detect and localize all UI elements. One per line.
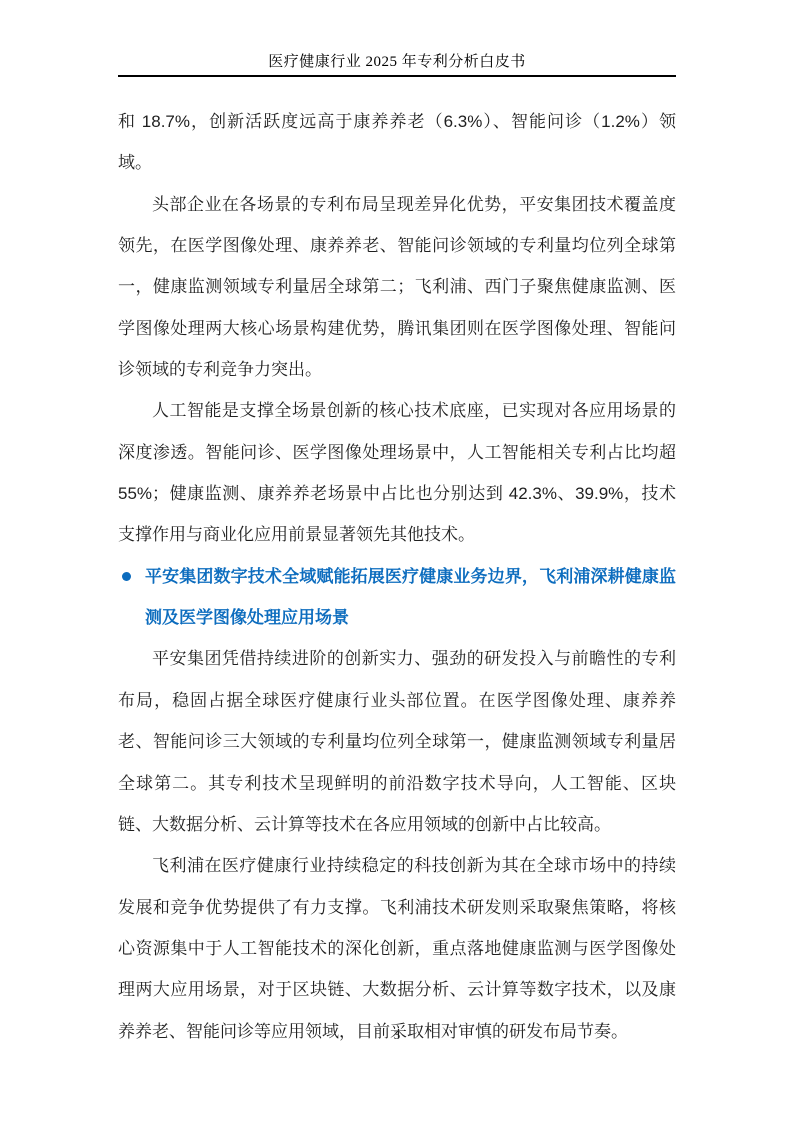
document-header-title: 医疗健康行业 2025 年专利分析白皮书 [0,53,794,71]
section-heading-text: 平安集团数字技术全域赋能拓展医疗健康业务边界，飞利浦深耕健康监测及医学图像处理应… [145,567,676,627]
document-page: 医疗健康行业 2025 年专利分析白皮书 和 18.7%，创新活跃度远高于康养养… [0,0,794,1123]
bullet-icon [122,572,131,581]
page-number: 3 [0,1027,794,1043]
document-body: 和 18.7%，创新活跃度远高于康养养老（6.3%）、智能问诊（1.2%）领域。… [118,101,676,1052]
paragraph-pingan: 平安集团凭借持续进阶的创新实力、强劲的研发投入与前瞻性的专利布局，稳固占据全球医… [118,638,676,845]
paragraph-continuation: 和 18.7%，创新活跃度远高于康养养老（6.3%）、智能问诊（1.2%）领域。 [118,101,676,184]
paragraph-company-layout: 头部企业在各场景的专利布局呈现差异化优势，平安集团技术覆盖度领先，在医学图像处理… [118,184,676,391]
section-heading: 平安集团数字技术全域赋能拓展医疗健康业务边界，飞利浦深耕健康监测及医学图像处理应… [118,556,676,639]
paragraph-ai-technology: 人工智能是支撑全场景创新的核心技术底座，已实现对各应用场景的深度渗透。智能问诊、… [118,390,676,555]
paragraph-philips: 飞利浦在医疗健康行业持续稳定的科技创新为其在全球市场中的持续发展和竞争优势提供了… [118,845,676,1052]
header-divider [118,75,676,77]
